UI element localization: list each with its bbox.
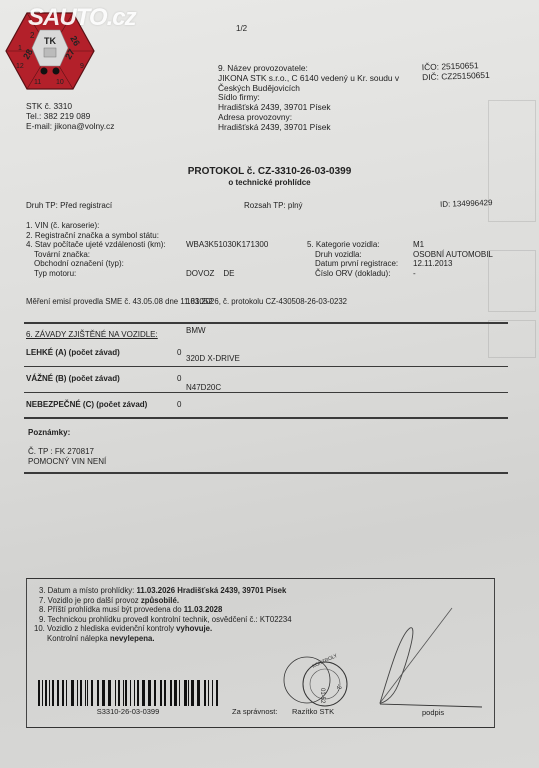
barcode-text: S3310-26-03-0399 [38, 707, 218, 716]
next-inspection: 8. Příští prohlídka musí být provedena d… [34, 605, 292, 615]
vin-value: WBA3K51030K171300 [186, 240, 268, 250]
defects-minor-label: LEHKÉ (A) (počet závad) [26, 348, 120, 358]
summary-lines: 3. Datum a místo prohlídky: 11.03.2026 H… [34, 586, 292, 643]
show-through-box [488, 250, 536, 312]
technician: 9. Technickou prohlídku provedl kontroln… [34, 615, 292, 625]
operator-block: 9. Název provozovatele: JIKONA STK s.r.o… [218, 64, 399, 133]
svg-text:KONTROLY: KONTROLY [311, 653, 339, 670]
model-value: 320D X-DRIVE [186, 354, 268, 364]
svg-text:-2-: -2- [335, 684, 341, 691]
defects-heading: 6. ZÁVADY ZJIŠTĚNÉ NA VOZIDLE: [26, 330, 158, 340]
notes-line-1: Č. TP : FK 270817 [28, 447, 106, 457]
svg-text:1: 1 [18, 45, 22, 52]
plate-value: DOVOZ DE [186, 269, 268, 279]
defects-dangerous-count: 0 [177, 400, 181, 410]
vehicle-labels-left: 1. VIN (č. karoserie): 2. Registrační zn… [26, 221, 166, 278]
vehicle-labels-right: 5. Kategorie vozidla: Druh vozidla: Datu… [307, 240, 398, 278]
first-reg-label: Datum první registrace: [307, 259, 398, 269]
first-reg-value: 12.11.2013 [413, 259, 493, 269]
premises-address: Hradišťská 2439, 39701 Písek [218, 123, 399, 133]
svg-text:TK: TK [44, 36, 56, 46]
divider [24, 392, 508, 393]
correctness-label: Za správnost: [232, 707, 277, 716]
protocol-id: ID: 134996429 [440, 198, 493, 209]
defects-major-count: 0 [177, 374, 181, 384]
show-through-box-2 [488, 320, 536, 358]
orv-value: - [413, 269, 493, 279]
page-number: 1/2 [236, 24, 247, 34]
watermark: SAUTO.cz [28, 4, 136, 32]
show-through-table [488, 100, 536, 222]
plate-label: 2. Registrační značka a symbol státu: [26, 231, 166, 241]
svg-text:2: 2 [30, 31, 35, 40]
svg-text:9: 9 [80, 63, 84, 70]
inspection-scope: Rozsah TP: plný [244, 201, 303, 211]
divider [24, 366, 508, 367]
divider [24, 472, 508, 474]
signature [370, 600, 520, 708]
vehicle-values-right: M1 OSOBNÍ AUTOMOBIL 12.11.2013 - [413, 240, 493, 278]
orv-label: Číslo ORV (dokladu): [307, 269, 398, 279]
svg-text:12: 12 [16, 63, 24, 70]
engine-label: Typ motoru: [26, 269, 166, 279]
signature-label: podpis [422, 708, 444, 717]
vehicle-kind-value: OSOBNÍ AUTOMOBIL [413, 250, 493, 260]
make-value: BMW [186, 326, 268, 336]
stk-stamp: KONTROLY 01-52 -2- [283, 652, 353, 714]
station-email: E-mail: jikona@volny.cz [26, 122, 114, 132]
protocol-title: PROTOKOL č. CZ-3310-26-03-0399 [0, 166, 539, 178]
divider [24, 322, 508, 324]
divider [24, 417, 508, 419]
registration-check: 10. Vozidlo z hlediska evidenční kontrol… [34, 624, 292, 634]
dic: DIČ: CZ25150651 [422, 71, 490, 83]
model-label: Obchodní označení (typ): [26, 259, 166, 269]
category-value: M1 [413, 240, 493, 250]
category-label: 5. Kategorie vozidla: [307, 240, 398, 250]
make-label: Tovární značka: [26, 250, 166, 260]
defects-minor-count: 0 [177, 348, 181, 358]
barcode [38, 680, 218, 706]
roadworthy-status: 7. Vozidlo je pro další provoz způsobilé… [34, 596, 292, 606]
inspection-date-place: 3. Datum a místo prohlídky: 11.03.2026 H… [34, 586, 292, 596]
vehicle-kind-label: Druh vozidla: [307, 250, 398, 260]
vin-label: 1. VIN (č. karoserie): [26, 221, 166, 231]
tax-ids: IČO: 25150651 DIČ: CZ25150651 [422, 61, 490, 83]
svg-text:01-52: 01-52 [319, 688, 325, 704]
notes-heading: Poznámky: [28, 428, 70, 438]
sticker-status: Kontrolní nálepka nevylepena. [34, 634, 292, 644]
vehicle-values-left: WBA3K51030K171300 DOVOZ DE 181052 BMW 32… [186, 221, 268, 402]
defects-dangerous-label: NEBEZPEČNÉ (C) (počet závad) [26, 400, 147, 410]
station-info: STK č. 3310 Tel.: 382 219 089 E-mail: ji… [26, 102, 114, 131]
protocol-subtitle: o technické prohlídce [0, 178, 539, 188]
notes-body: Č. TP : FK 270817 POMOCNÝ VIN NENÍ [28, 447, 106, 466]
svg-text:10: 10 [56, 79, 64, 86]
defects-major-label: VÁŽNÉ (B) (počet závad) [26, 374, 120, 384]
notes-line-2: POMOCNÝ VIN NENÍ [28, 457, 106, 467]
odometer-label: 4. Stav počítače ujeté vzdálenosti (km): [26, 240, 166, 250]
svg-text:11: 11 [34, 79, 41, 86]
protocol-header: PROTOKOL č. CZ-3310-26-03-0399 o technic… [0, 166, 539, 188]
emissions-note: Měření emisí provedla SME č. 43.05.08 dn… [26, 297, 347, 307]
engine-value: N47D20C [186, 383, 268, 393]
inspection-type: Druh TP: Před registrací [26, 201, 112, 211]
